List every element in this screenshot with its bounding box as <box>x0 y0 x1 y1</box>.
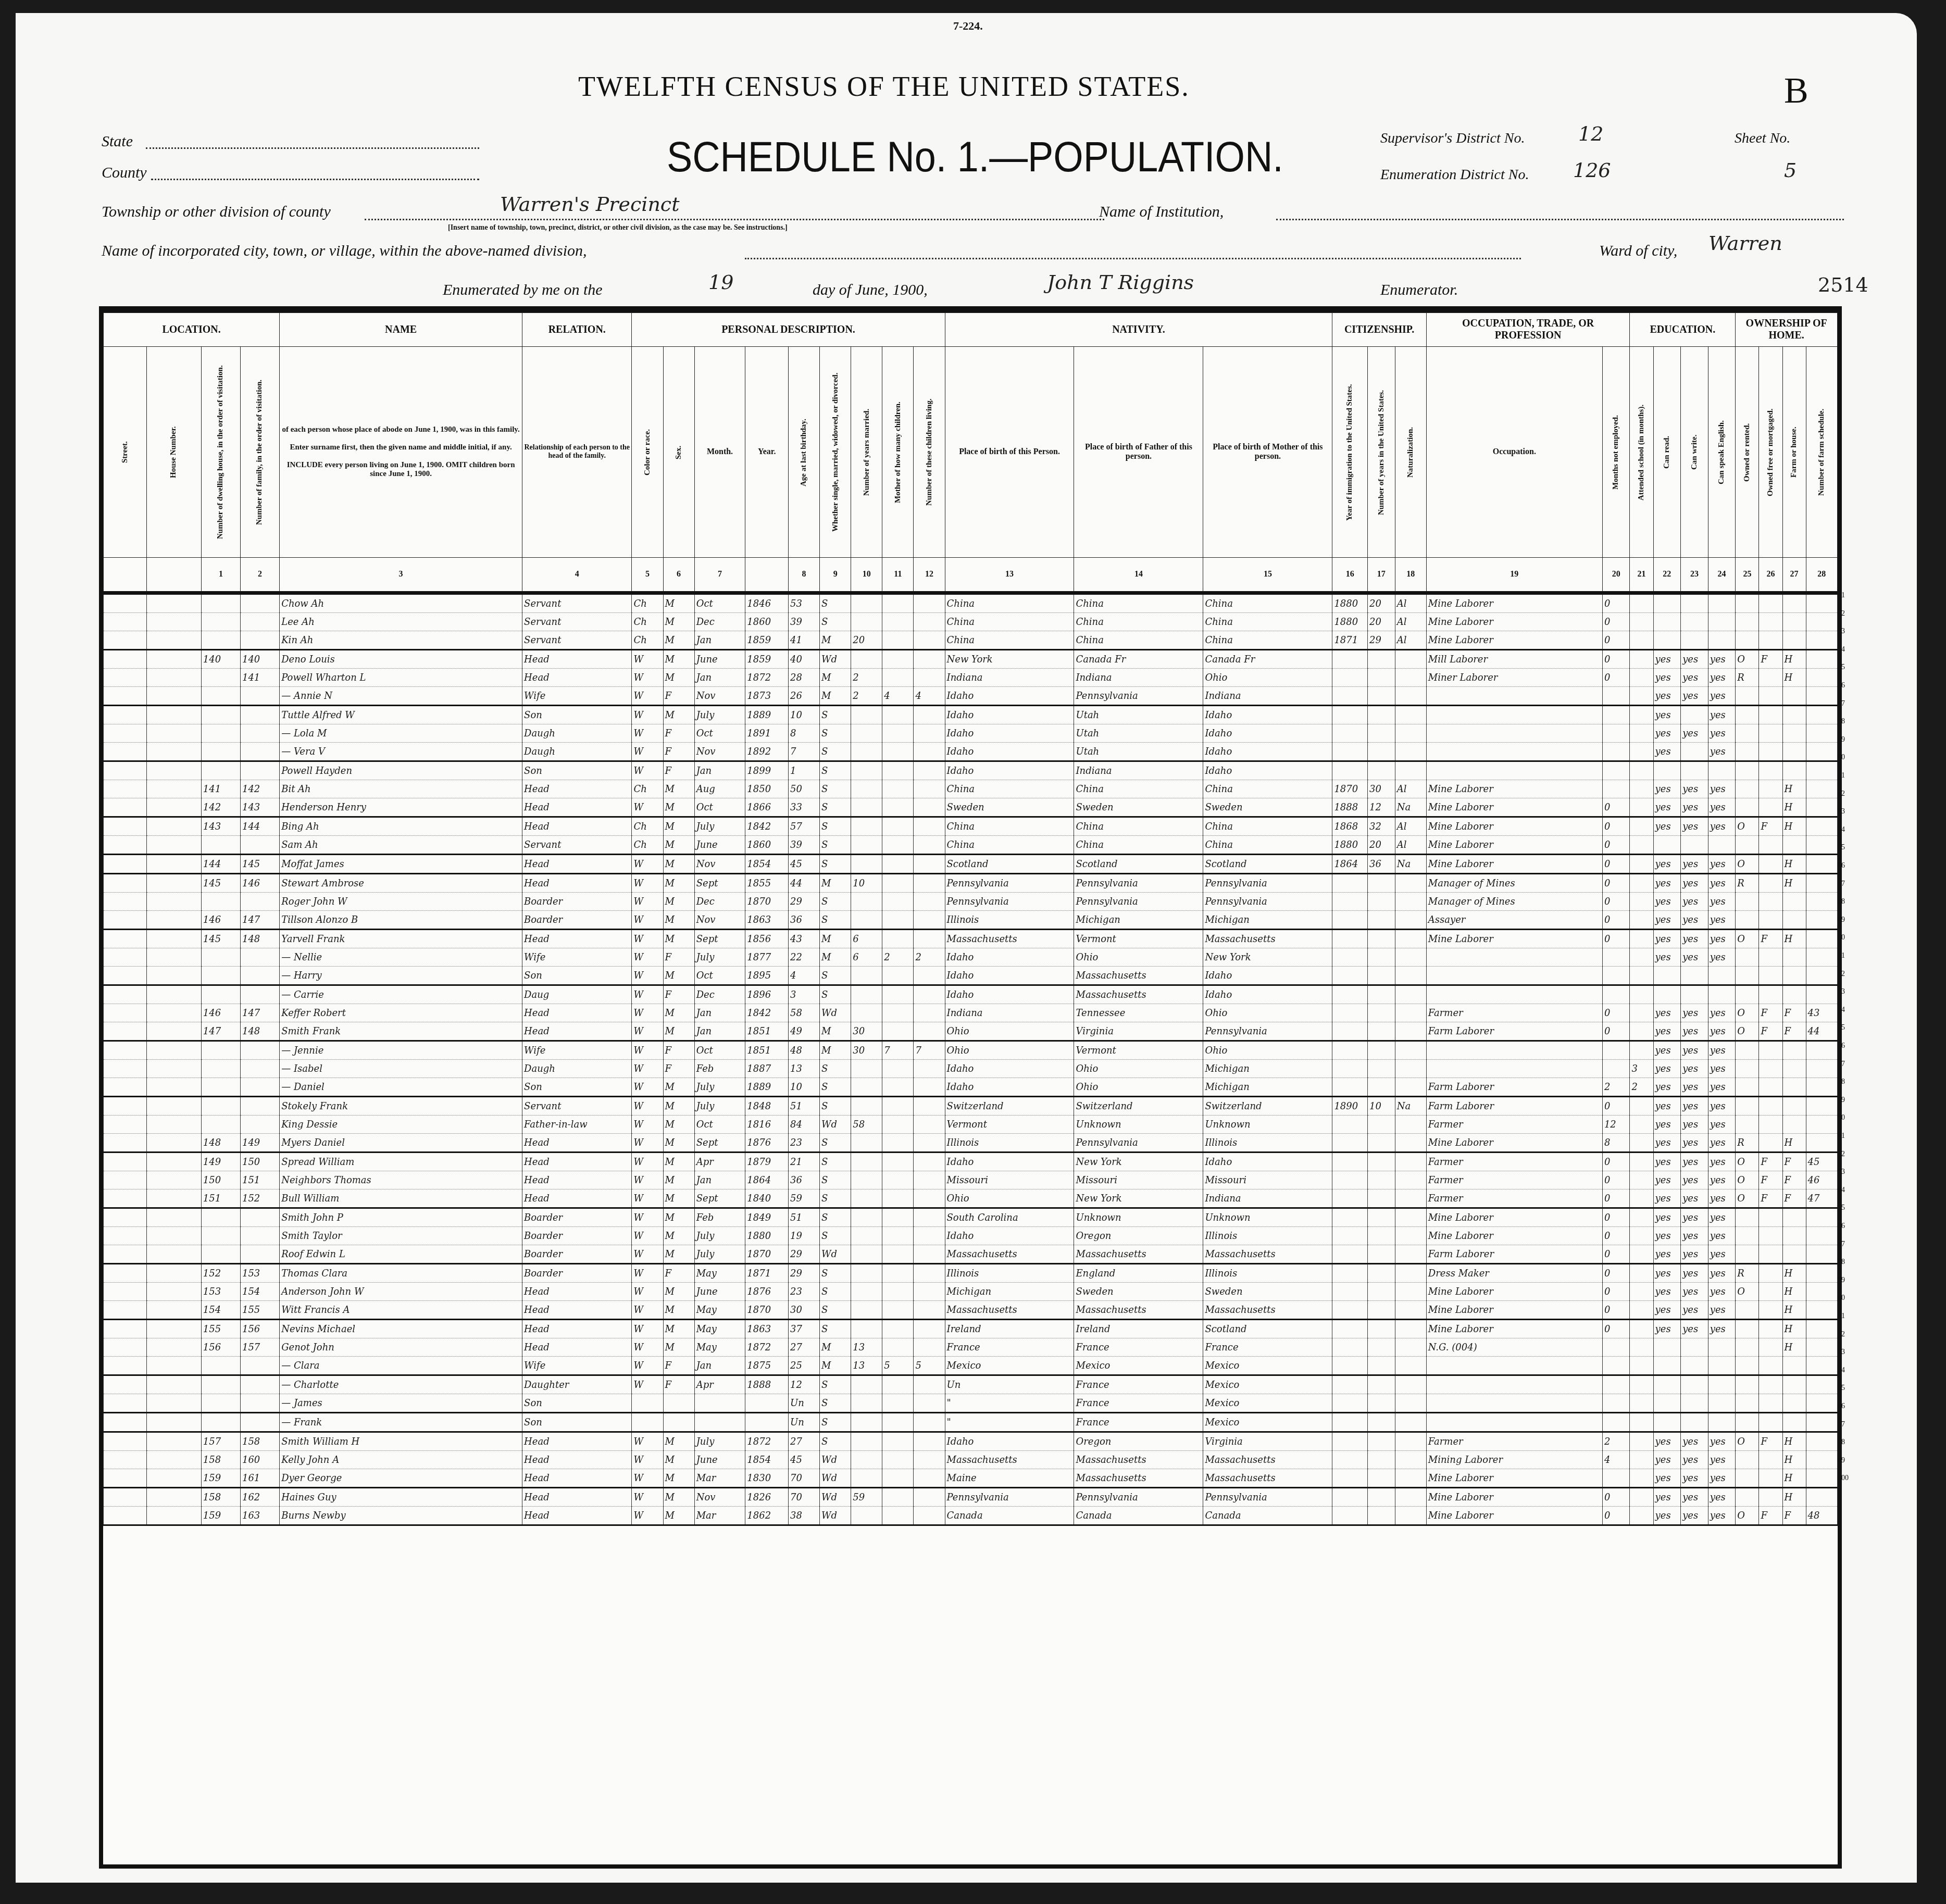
father-birthplace-cell: Sweden <box>1074 798 1203 817</box>
owned-rented-cell <box>1736 743 1759 761</box>
children-living-cell <box>914 1469 945 1488</box>
farm-house-cell <box>1782 687 1806 706</box>
family-cell <box>240 724 279 743</box>
relation-cell: Head <box>522 669 632 687</box>
school-cell <box>1630 1394 1653 1413</box>
months-unemployed-cell <box>1602 1041 1630 1060</box>
school-cell <box>1630 911 1653 930</box>
relation-cell: Head <box>522 874 632 893</box>
speaks-english-cell <box>1708 1375 1736 1394</box>
color-cell: W <box>632 930 663 948</box>
birth-year-cell: 1891 <box>745 724 789 743</box>
table-row: 156157Genot JohnHeadWMMay187227M13France… <box>104 1338 1838 1357</box>
mother-children-cell <box>882 985 914 1004</box>
children-living-cell: 7 <box>914 1041 945 1060</box>
can-write-cell <box>1681 706 1708 724</box>
name-cell: Neighbors Thomas <box>280 1171 522 1189</box>
months-unemployed-cell: 0 <box>1602 650 1630 669</box>
street-cell <box>104 1451 147 1469</box>
mother-birthplace-cell: Ohio <box>1203 1041 1332 1060</box>
occupation-cell: Farmer <box>1426 1189 1602 1208</box>
township-field[interactable] <box>365 219 1104 220</box>
school-cell <box>1630 1097 1653 1116</box>
mother-children-cell <box>882 855 914 874</box>
school-cell <box>1630 724 1653 743</box>
line-number: 70 <box>1838 934 1845 942</box>
age-cell: 41 <box>788 631 819 650</box>
children-living-cell <box>914 930 945 948</box>
birth-year-cell: 1860 <box>745 613 789 631</box>
birthplace-cell: Illinois <box>945 1134 1074 1153</box>
years-us-cell <box>1368 1208 1395 1227</box>
mother-birthplace-cell: Mexico <box>1203 1394 1332 1413</box>
years-married-cell <box>851 1227 882 1245</box>
birth-month-cell: June <box>694 1283 745 1301</box>
years-married-cell <box>851 1469 882 1488</box>
name-cell: Powell Hayden <box>280 761 522 780</box>
naturalization-cell <box>1395 669 1426 687</box>
relation-cell: Boarder <box>522 1264 632 1283</box>
occupation-cell <box>1426 761 1602 780</box>
months-unemployed-cell: 0 <box>1602 798 1630 817</box>
birthplace-cell: Ohio <box>945 1041 1074 1060</box>
occupation-cell: Mine Laborer <box>1426 780 1602 798</box>
column-number: 26 <box>1759 558 1782 593</box>
line-number: 84 <box>1838 1186 1845 1195</box>
dwelling-cell: 153 <box>201 1283 240 1301</box>
relation-cell: Wife <box>522 1041 632 1060</box>
relation-cell: Boarder <box>522 911 632 930</box>
farm-schedule-cell <box>1806 967 1837 985</box>
farm-house-cell <box>1782 1357 1806 1375</box>
table-row: — IsabelDaughWFFeb188713SIdahoOhioMichig… <box>104 1060 1838 1078</box>
marital-cell: S <box>820 1320 851 1338</box>
marital-cell: S <box>820 855 851 874</box>
sex-cell: M <box>663 836 694 855</box>
years-us-cell: 32 <box>1368 817 1395 836</box>
birthplace-cell: Idaho <box>945 724 1074 743</box>
birth-month-cell: Oct <box>694 1116 745 1134</box>
immigration-cell <box>1332 1394 1368 1413</box>
naturalization-cell <box>1395 1488 1426 1507</box>
column-number: 16 <box>1332 558 1368 593</box>
birth-month-cell: Jan <box>694 631 745 650</box>
years-us-cell <box>1368 1320 1395 1338</box>
months-unemployed-cell: 0 <box>1602 1488 1630 1507</box>
immigration-cell <box>1332 1320 1368 1338</box>
mother-children-cell <box>882 1189 914 1208</box>
birth-month-cell: Nov <box>694 1488 745 1507</box>
farm-schedule-cell <box>1806 613 1837 631</box>
mother-birthplace-cell: Illinois <box>1203 1264 1332 1283</box>
relation-cell: Head <box>522 1153 632 1171</box>
mother-children-cell <box>882 874 914 893</box>
farm-house-cell: H <box>1782 1338 1806 1357</box>
census-title: TWELFTH CENSUS OF THE UNITED STATES. <box>578 70 1190 103</box>
can-read-cell: yes <box>1653 1060 1681 1078</box>
years-married-cell <box>851 1097 882 1116</box>
sex-cell: M <box>663 1283 694 1301</box>
birth-year-cell: 1872 <box>745 1338 789 1357</box>
col-street: Street. <box>104 347 147 558</box>
can-read-cell: yes <box>1653 1507 1681 1525</box>
name-cell: — Carrie <box>280 985 522 1004</box>
children-living-cell <box>914 1227 945 1245</box>
years-married-cell <box>851 1060 882 1078</box>
farm-house-cell <box>1782 631 1806 650</box>
naturalization-cell <box>1395 930 1426 948</box>
line-number: 54 <box>1838 646 1845 654</box>
mother-birthplace-cell: Idaho <box>1203 724 1332 743</box>
color-cell: W <box>632 1227 663 1245</box>
farm-schedule-cell: 46 <box>1806 1171 1837 1189</box>
enumerated-prefix: Enumerated by me on the <box>443 281 603 299</box>
immigration-cell <box>1332 1338 1368 1357</box>
sex-cell: M <box>663 1338 694 1357</box>
column-number: 13 <box>945 558 1074 593</box>
house-cell <box>146 836 201 855</box>
relation-cell: Son <box>522 761 632 780</box>
years-us-cell: 36 <box>1368 855 1395 874</box>
sex-cell: M <box>663 1004 694 1022</box>
naturalization-cell: Na <box>1395 855 1426 874</box>
speaks-english-cell <box>1708 1357 1736 1375</box>
incorporated-field[interactable] <box>745 258 1521 259</box>
sex-cell: M <box>663 1097 694 1116</box>
months-unemployed-cell <box>1602 761 1630 780</box>
children-living-cell <box>914 985 945 1004</box>
line-number: 89 <box>1838 1276 1845 1285</box>
occupation-cell: Mine Laborer <box>1426 1134 1602 1153</box>
speaks-english-cell: yes <box>1708 1301 1736 1320</box>
birthplace-cell: " <box>945 1413 1074 1432</box>
can-write-cell: yes <box>1681 874 1708 893</box>
speaks-english-cell <box>1708 836 1736 855</box>
line-number: 91 <box>1838 1312 1845 1321</box>
birth-year-cell: 1864 <box>745 1171 789 1189</box>
name-cell: Stokely Frank <box>280 1097 522 1116</box>
table-row: 152153Thomas ClaraBoarderWFMay187129SIll… <box>104 1264 1838 1283</box>
immigration-cell <box>1332 1451 1368 1469</box>
school-cell: 3 <box>1630 1060 1653 1078</box>
farm-schedule-cell <box>1806 687 1837 706</box>
can-read-cell: yes <box>1653 1301 1681 1320</box>
school-cell <box>1630 1338 1653 1357</box>
age-cell: 7 <box>788 743 819 761</box>
farm-house-cell: H <box>1782 930 1806 948</box>
can-write-cell <box>1681 967 1708 985</box>
months-unemployed-cell <box>1602 724 1630 743</box>
immigration-cell <box>1332 706 1368 724</box>
father-birthplace-cell: Virginia <box>1074 1022 1203 1041</box>
can-read-cell <box>1653 761 1681 780</box>
birth-year-cell: 1870 <box>745 1245 789 1264</box>
dwelling-cell <box>201 1208 240 1227</box>
birthplace-cell: China <box>945 836 1074 855</box>
free-mortgaged-cell <box>1759 967 1782 985</box>
mother-birthplace-cell: Massachusetts <box>1203 1301 1332 1320</box>
house-cell <box>146 1022 201 1041</box>
birth-year-cell: 1859 <box>745 631 789 650</box>
farm-schedule-cell <box>1806 761 1837 780</box>
line-number: 97 <box>1838 1421 1845 1429</box>
line-number: 94 <box>1838 1367 1845 1375</box>
age-cell: 12 <box>788 1375 819 1394</box>
naturalization-cell: Al <box>1395 836 1426 855</box>
father-birthplace-cell: Ireland <box>1074 1320 1203 1338</box>
sheet-letter: B <box>1784 70 1808 112</box>
age-cell: 51 <box>788 1208 819 1227</box>
mother-birthplace-cell: China <box>1203 780 1332 798</box>
birth-year-cell: 1870 <box>745 893 789 911</box>
marital-cell: M <box>820 874 851 893</box>
years-us-cell: 20 <box>1368 593 1395 613</box>
free-mortgaged-cell <box>1759 1227 1782 1245</box>
dwelling-cell: 143 <box>201 817 240 836</box>
occupation-cell: Mill Laborer <box>1426 650 1602 669</box>
years-married-cell: 13 <box>851 1338 882 1357</box>
birth-month-cell: May <box>694 1320 745 1338</box>
years-married-cell <box>851 1004 882 1022</box>
stamp-number: 2514 <box>1818 273 1868 296</box>
street-cell <box>104 930 147 948</box>
mother-birthplace-cell: China <box>1203 817 1332 836</box>
free-mortgaged-cell <box>1759 1488 1782 1507</box>
birth-year-cell: 1876 <box>745 1283 789 1301</box>
house-cell <box>146 780 201 798</box>
can-write-cell: yes <box>1681 650 1708 669</box>
house-cell <box>146 1338 201 1357</box>
name-cell: Deno Louis <box>280 650 522 669</box>
owned-rented-cell: O <box>1736 855 1759 874</box>
dwelling-cell: 159 <box>201 1469 240 1488</box>
relation-cell: Head <box>522 855 632 874</box>
naturalization-cell: Na <box>1395 798 1426 817</box>
col-naturalization: Naturalization. <box>1395 347 1426 558</box>
sex-cell: M <box>663 1245 694 1264</box>
father-birthplace-cell: New York <box>1074 1153 1203 1171</box>
mother-birthplace-cell: Pennsylvania <box>1203 874 1332 893</box>
birth-year-cell: 1872 <box>745 669 789 687</box>
sex-cell: M <box>663 893 694 911</box>
name-cell: Henderson Henry <box>280 798 522 817</box>
name-cell: — Jennie <box>280 1041 522 1060</box>
state-field[interactable] <box>146 147 479 149</box>
speaks-english-cell: yes <box>1708 1022 1736 1041</box>
years-married-cell <box>851 817 882 836</box>
can-write-cell: yes <box>1681 1097 1708 1116</box>
name-cell: Roof Edwin L <box>280 1245 522 1264</box>
mother-children-cell <box>882 1078 914 1097</box>
can-read-cell: yes <box>1653 1488 1681 1507</box>
speaks-english-cell: yes <box>1708 1116 1736 1134</box>
birth-year-cell: 1848 <box>745 1097 789 1116</box>
relation-cell: Son <box>522 706 632 724</box>
table-row: Roof Edwin LBoarderWMJuly187029WdMassach… <box>104 1245 1838 1264</box>
sex-cell: M <box>663 1507 694 1525</box>
months-unemployed-cell: 0 <box>1602 1301 1630 1320</box>
mother-birthplace-cell: Idaho <box>1203 761 1332 780</box>
children-living-cell <box>914 836 945 855</box>
free-mortgaged-cell: F <box>1759 1171 1782 1189</box>
farm-schedule-cell <box>1806 593 1837 613</box>
marital-cell: S <box>820 1301 851 1320</box>
family-cell <box>240 948 279 967</box>
years-us-cell <box>1368 874 1395 893</box>
school-cell <box>1630 1171 1653 1189</box>
speaks-english-cell <box>1708 631 1736 650</box>
owned-rented-cell <box>1736 724 1759 743</box>
mother-birthplace-cell: Illinois <box>1203 1227 1332 1245</box>
family-cell <box>240 893 279 911</box>
family-cell <box>240 1208 279 1227</box>
mother-children-cell <box>882 1413 914 1432</box>
mother-children-cell <box>882 593 914 613</box>
school-cell <box>1630 836 1653 855</box>
mother-children-cell <box>882 650 914 669</box>
occupation-cell: Mine Laborer <box>1426 613 1602 631</box>
free-mortgaged-cell <box>1759 1264 1782 1283</box>
children-living-cell <box>914 1413 945 1432</box>
naturalization-cell <box>1395 1208 1426 1227</box>
dwelling-cell <box>201 724 240 743</box>
years-us-cell <box>1368 1488 1395 1507</box>
farm-house-cell <box>1782 613 1806 631</box>
table-row: Stokely FrankServantWMJuly184851SSwitzer… <box>104 1097 1838 1116</box>
mother-birthplace-cell: Canada <box>1203 1507 1332 1525</box>
naturalization-cell <box>1395 985 1426 1004</box>
owned-rented-cell <box>1736 687 1759 706</box>
years-married-cell <box>851 1283 882 1301</box>
can-read-cell: yes <box>1653 930 1681 948</box>
line-number: 93 <box>1838 1348 1845 1357</box>
table-row: Roger John WBoarderWMDec187029SPennsylva… <box>104 893 1838 911</box>
street-cell <box>104 874 147 893</box>
dwelling-cell <box>201 761 240 780</box>
birth-year-cell: 1889 <box>745 1078 789 1097</box>
can-write-cell <box>1681 1338 1708 1357</box>
father-birthplace-cell: China <box>1074 817 1203 836</box>
can-write-cell: yes <box>1681 911 1708 930</box>
speaks-english-cell <box>1708 1394 1736 1413</box>
marital-cell: M <box>820 631 851 650</box>
speaks-english-cell: yes <box>1708 817 1736 836</box>
farm-house-cell <box>1782 706 1806 724</box>
children-living-cell <box>914 1022 945 1041</box>
occupation-cell <box>1426 706 1602 724</box>
birth-month-cell: Oct <box>694 593 745 613</box>
farm-house-cell: F <box>1782 1507 1806 1525</box>
family-cell <box>240 1245 279 1264</box>
dwelling-cell: 144 <box>201 855 240 874</box>
years-married-cell <box>851 780 882 798</box>
birth-month-cell: Jan <box>694 669 745 687</box>
dwelling-cell <box>201 1060 240 1078</box>
name-cell: Roger John W <box>280 893 522 911</box>
column-number: 7 <box>694 558 745 593</box>
line-number: 96 <box>1838 1402 1845 1411</box>
header-citizenship: CITIZENSHIP. <box>1332 313 1426 347</box>
col-birth-father: Place of birth of Father of this person. <box>1074 347 1203 558</box>
street-cell <box>104 1171 147 1189</box>
table-row: 155156Nevins MichaelHeadWMMay186337SIrel… <box>104 1320 1838 1338</box>
farm-schedule-cell <box>1806 893 1837 911</box>
owned-rented-cell <box>1736 780 1759 798</box>
can-read-cell: yes <box>1653 1189 1681 1208</box>
birthplace-cell: Mexico <box>945 1357 1074 1375</box>
column-number <box>146 558 201 593</box>
column-number: 23 <box>1681 558 1708 593</box>
family-cell: 143 <box>240 798 279 817</box>
age-cell: 21 <box>788 1153 819 1171</box>
years-married-cell <box>851 1245 882 1264</box>
immigration-cell <box>1332 1189 1368 1208</box>
naturalization-cell <box>1395 1134 1426 1153</box>
table-row: 143144Bing AhHeadChMJuly184257SChinaChin… <box>104 817 1838 836</box>
owned-rented-cell <box>1736 1413 1759 1432</box>
line-number: 53 <box>1838 628 1845 636</box>
children-living-cell <box>914 967 945 985</box>
father-birthplace-cell: France <box>1074 1394 1203 1413</box>
school-cell <box>1630 687 1653 706</box>
children-living-cell <box>914 1171 945 1189</box>
children-living-cell <box>914 724 945 743</box>
can-read-cell: yes <box>1653 1283 1681 1301</box>
children-living-cell <box>914 1153 945 1171</box>
mother-children-cell <box>882 1171 914 1189</box>
census-table: LOCATION. NAME RELATION. PERSONAL DESCRI… <box>99 306 1842 1869</box>
free-mortgaged-cell <box>1759 1283 1782 1301</box>
relation-cell: Servant <box>522 836 632 855</box>
immigration-cell <box>1332 1078 1368 1097</box>
occupation-cell: Farmer <box>1426 1171 1602 1189</box>
marital-cell: S <box>820 911 851 930</box>
marital-cell: S <box>820 761 851 780</box>
birth-year-cell: 1896 <box>745 985 789 1004</box>
relation-cell: Servant <box>522 593 632 613</box>
table-row: — CharlotteDaughterWFApr188812SUnFranceM… <box>104 1375 1838 1394</box>
children-living-cell <box>914 650 945 669</box>
birth-year-cell: 1877 <box>745 948 789 967</box>
mother-children-cell <box>882 1097 914 1116</box>
birth-month-cell: Mar <box>694 1469 745 1488</box>
table-row: — FrankSonUnS"FranceMexico <box>104 1413 1838 1432</box>
school-cell <box>1630 1041 1653 1060</box>
sex-cell: M <box>663 1301 694 1320</box>
can-write-cell: yes <box>1681 1227 1708 1245</box>
farm-schedule-cell <box>1806 1116 1837 1134</box>
institution-field[interactable] <box>1276 219 1844 220</box>
col-farm-house: Farm or house. <box>1782 347 1806 558</box>
relation-cell: Son <box>522 1078 632 1097</box>
years-us-cell <box>1368 1301 1395 1320</box>
can-write-cell <box>1681 1375 1708 1394</box>
farm-house-cell <box>1782 1413 1806 1432</box>
children-living-cell <box>914 1283 945 1301</box>
county-field[interactable] <box>151 179 479 180</box>
occupation-cell <box>1426 1060 1602 1078</box>
relation-cell: Daug <box>522 985 632 1004</box>
farm-schedule-cell <box>1806 930 1837 948</box>
months-unemployed-cell: 0 <box>1602 1097 1630 1116</box>
naturalization-cell <box>1395 1283 1426 1301</box>
can-write-cell: yes <box>1681 1022 1708 1041</box>
mother-children-cell <box>882 1375 914 1394</box>
free-mortgaged-cell <box>1759 1320 1782 1338</box>
house-cell <box>146 1171 201 1189</box>
birth-month-cell: Nov <box>694 855 745 874</box>
age-cell: 70 <box>788 1469 819 1488</box>
